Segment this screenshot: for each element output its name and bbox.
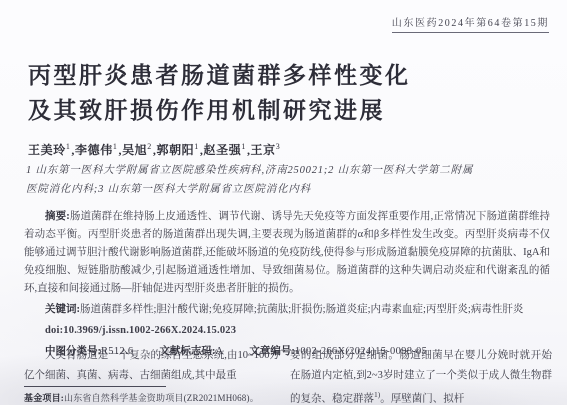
scanned-paper-page: { "journal": { "header": "山东医药2024年第64卷第… xyxy=(0,0,567,405)
author-name: 吴旭 xyxy=(122,143,147,157)
keywords-label: 关键词: xyxy=(45,304,80,315)
abstract-paragraph: 摘要:肠道菌群在维持肠上皮通透性、调节代谢、诱导先天免疫等方面发挥重要作用,正常… xyxy=(24,208,550,298)
author-affiliation-sup: 1 xyxy=(113,142,118,151)
affiliations: 1 山东第一医科大学附属省立医院感染性疾病科,济南250021;2 山东第一医科… xyxy=(26,162,546,199)
abstract-label: 摘要: xyxy=(45,211,70,222)
funding-label: 基金项目: xyxy=(24,393,64,403)
author-name: 赵圣强 xyxy=(204,143,242,157)
front-matter: 摘要:肠道菌群在维持肠上皮通透性、调节代谢、诱导先天免疫等方面发挥重要作用,正常… xyxy=(24,208,550,361)
author-affiliation-sup: 2 xyxy=(147,142,152,151)
author-name: 李德伟 xyxy=(75,143,113,157)
author-affiliation-sup: 3 xyxy=(276,142,281,151)
doi-line: doi:10.3969/j.issn.1002-266X.2024.15.023 xyxy=(24,322,550,340)
footnote-divider xyxy=(24,386,166,387)
body-left-paragraph: 人类胃肠道是一个复杂的综合生态系统,由10~100万亿个细菌、真菌、病毒、古细菌… xyxy=(24,346,280,385)
author-affiliation-sup: 1 xyxy=(194,142,199,151)
title-line-1: 丙型肝炎患者肠道菌群多样性变化 xyxy=(28,58,411,93)
affiliation-line-1: 1 山东第一医科大学附属省立医院感染性疾病科,济南250021;2 山东第一医科… xyxy=(26,162,546,181)
funding-text: 山东省自然科学基金资助项目(ZR2021MH068)。 xyxy=(64,393,259,403)
affiliation-line-2: 医院消化内科;3 山东第一医科大学附属省立医院消化内科 xyxy=(26,181,546,200)
abstract-text: 肠道菌群在维持肠上皮通透性、调节代谢、诱导先天免疫等方面发挥重要作用,正常情况下… xyxy=(24,211,550,294)
authors-line: 王美玲1,李德伟1,吴旭2,郭朝阳1,赵圣强1,王京3 xyxy=(28,141,281,158)
body-right-column: 要的组成部分是细菌。肠道细菌早在婴儿分娩时就开始在肠道内定植,到2~3岁时建立了… xyxy=(290,346,552,405)
author-name: 郭朝阳 xyxy=(156,143,194,157)
author-name: 王京 xyxy=(251,143,276,157)
title-line-2: 及其致肝损伤作用机制研究进展 xyxy=(28,93,411,128)
author-name: 王美玲 xyxy=(28,143,66,157)
article-title: 丙型肝炎患者肠道菌群多样性变化 及其致肝损伤作用机制研究进展 xyxy=(28,58,411,128)
author-affiliation-sup: 1 xyxy=(66,142,71,151)
body-right-paragraph: 要的组成部分是细菌。肠道细菌早在婴儿分娩时就开始在肠道内定植,到2~3岁时建立了… xyxy=(290,346,552,405)
body-right-text-cont: 。厚壁菌门、拟杆 xyxy=(380,394,464,405)
keywords-paragraph: 关键词:肠道菌群多样性;胆汁酸代谢;免疫屏障;抗菌肽;肝损伤;肠道炎症;内毒素血… xyxy=(24,301,550,319)
journal-header: 山东医药2024年第64卷第15期 xyxy=(392,14,549,33)
funding-footnote: 基金项目:山东省自然科学基金资助项目(ZR2021MH068)。 xyxy=(24,391,286,404)
author-affiliation-sup: 1 xyxy=(241,142,246,151)
keywords-text: 肠道菌群多样性;胆汁酸代谢;免疫屏障;抗菌肽;肝损伤;肠道炎症;内毒素血症;丙型… xyxy=(80,304,523,315)
body-left-column: 人类胃肠道是一个复杂的综合生态系统,由10~100万亿个细菌、真菌、病毒、古细菌… xyxy=(24,346,280,385)
